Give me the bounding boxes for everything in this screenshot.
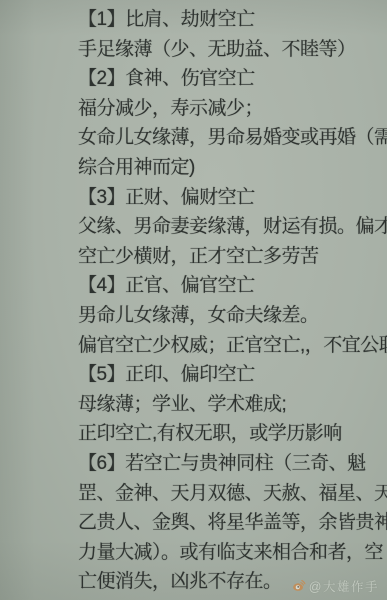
text-line: 父缘、男命妻妾缘薄，财运有损。偏才 <box>78 212 387 242</box>
weibo-logo-icon <box>292 579 306 593</box>
text-line: 偏官空亡少权威；正官空亡,，不宜公职 <box>78 331 387 361</box>
text-line: 手足缘薄（少、无助益、不睦等） <box>78 35 387 65</box>
text-line: 【4】正官、偏官空亡 <box>78 271 387 301</box>
text-line: 【1】比肩、劫财空亡 <box>78 5 387 35</box>
text-line: 【3】正财、偏财空亡 <box>78 183 387 213</box>
text-line: 力量大减）。或有临支来相合和者，空 <box>78 538 387 568</box>
text-line: 女命儿女缘薄，男命易婚变或再婚（需 <box>78 123 387 153</box>
text-line: 【6】若空亡与贵神同柱（三奇、魁 <box>78 449 387 479</box>
watermark-handle: @大雄作手 <box>309 577 379 595</box>
text-line: 综合用神而定) <box>78 153 387 183</box>
text-line: 【5】正印、偏印空亡 <box>78 360 387 390</box>
text-line: 母缘薄；学业、学术难成; <box>78 390 387 420</box>
text-block: 【1】比肩、劫财空亡手足缘薄（少、无助益、不睦等）【2】食神、伤官空亡福分减少，… <box>0 0 387 597</box>
text-line: 福分减少，寿示减少； <box>78 94 387 124</box>
text-line: 罡、金神、天月双德、天赦、福星、天 <box>78 479 387 509</box>
watermark: @大雄作手 <box>292 577 379 595</box>
text-line: 【2】食神、伤官空亡 <box>78 64 387 94</box>
text-line: 乙贵人、金舆、将星华盖等，余皆贵神 <box>78 508 387 538</box>
text-line: 男命儿女缘薄，女命夫缘差。 <box>78 301 387 331</box>
text-line: 正印空亡,有权无职，或学历影响 <box>78 419 387 449</box>
text-line: 空亡少横财，正才空亡多劳苦 <box>78 242 387 272</box>
